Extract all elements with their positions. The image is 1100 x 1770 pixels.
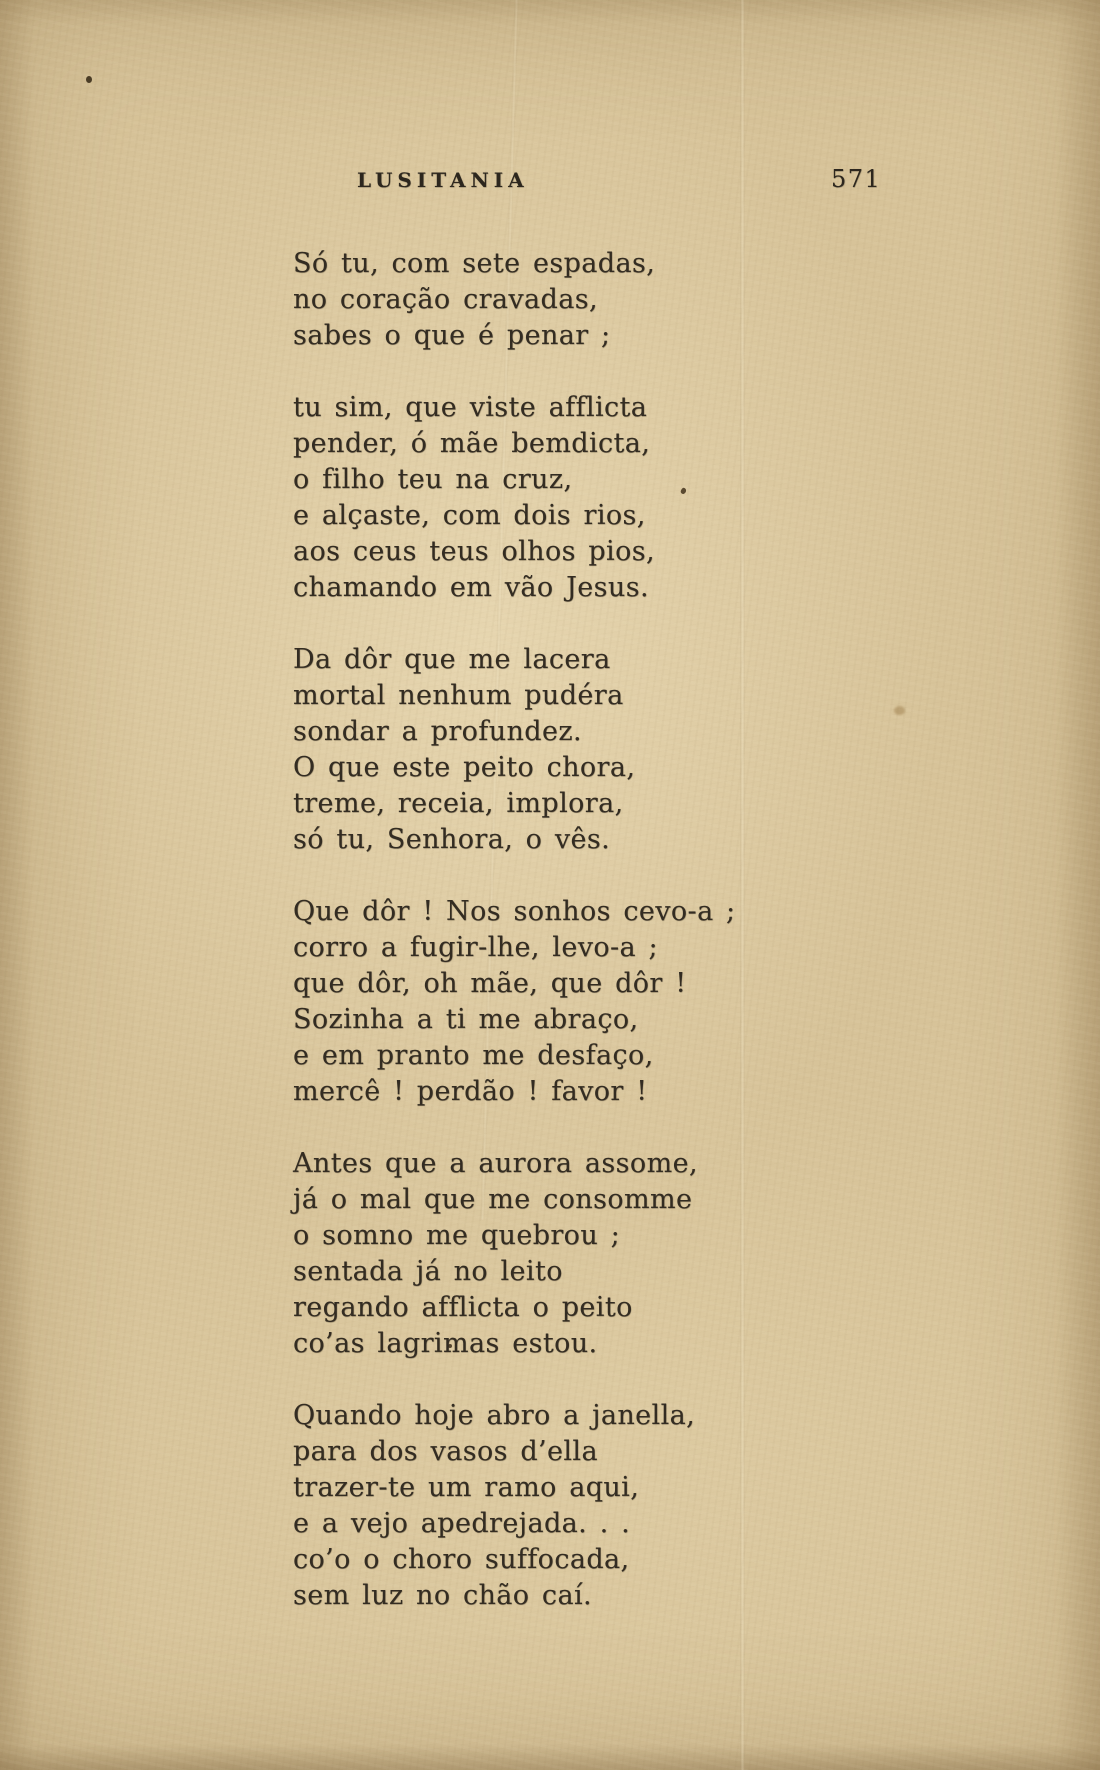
stanza-2: tu sim, que viste afflicta pender, ó mãe… xyxy=(293,390,813,606)
verse-line: mortal nenhum pudéra xyxy=(293,678,813,714)
verse-line: o somno me quebrou ; xyxy=(293,1218,813,1254)
verse-line: aos ceus teus olhos pios, xyxy=(293,534,813,570)
verse-line: Que dôr ! Nos sonhos cevo-a ; xyxy=(293,894,813,930)
verse-line: Da dôr que me lacera xyxy=(293,642,813,678)
verse-line: corro a fugir-lhe, levo-a ; xyxy=(293,930,813,966)
verse-line: e alçaste, com dois rios, xyxy=(293,498,813,534)
paper-speck xyxy=(86,76,92,83)
verse-line: Sozinha a ti me abraço, xyxy=(293,1002,813,1038)
verse-line: só tu, Senhora, o vês. xyxy=(293,822,813,858)
verse-line: chamando em vão Jesus. xyxy=(293,570,813,606)
verse-line: sentada já no leito xyxy=(293,1254,813,1290)
poem: Só tu, com sete espadas, no coração crav… xyxy=(293,246,813,1650)
stanza-6: Quando hoje abro a janella, para dos vas… xyxy=(293,1398,813,1614)
verse-line: para dos vasos d’ella xyxy=(293,1434,813,1470)
paper-stain xyxy=(894,706,905,715)
verse-line: o filho teu na cruz, xyxy=(293,462,813,498)
running-title: LUSITANIA xyxy=(357,168,529,192)
verse-line: e a vejo apedrejada. . . xyxy=(293,1506,813,1542)
stanza-5: Antes que a aurora assome, já o mal que … xyxy=(293,1146,813,1362)
verse-line: no coração cravadas, xyxy=(293,282,813,318)
verse-line: mercê ! perdão ! favor ! xyxy=(293,1074,813,1110)
verse-line: sem luz no chão caí. xyxy=(293,1578,813,1614)
verse-line: sondar a profundez. xyxy=(293,714,813,750)
book-page: LUSITANIA 571 Só tu, com sete espadas, n… xyxy=(0,0,1100,1770)
verse-line: Quando hoje abro a janella, xyxy=(293,1398,813,1434)
verse-line: co’as lagrimas estou. xyxy=(293,1326,813,1362)
verse-line: que dôr, oh mãe, que dôr ! xyxy=(293,966,813,1002)
verse-line: trazer-te um ramo aqui, xyxy=(293,1470,813,1506)
stanza-3: Da dôr que me lacera mortal nenhum pudér… xyxy=(293,642,813,858)
verse-line: Antes que a aurora assome, xyxy=(293,1146,813,1182)
page-number: 571 xyxy=(831,165,881,193)
verse-line: já o mal que me consomme xyxy=(293,1182,813,1218)
verse-line: sabes o que é penar ; xyxy=(293,318,813,354)
verse-line: Só tu, com sete espadas, xyxy=(293,246,813,282)
verse-line: pender, ó mãe bemdicta, xyxy=(293,426,813,462)
verse-line: O que este peito chora, xyxy=(293,750,813,786)
verse-line: regando afflicta o peito xyxy=(293,1290,813,1326)
verse-line: co’o o choro suffocada, xyxy=(293,1542,813,1578)
verse-line: treme, receia, implora, xyxy=(293,786,813,822)
stanza-1: Só tu, com sete espadas, no coração crav… xyxy=(293,246,813,354)
verse-line: e em pranto me desfaço, xyxy=(293,1038,813,1074)
stanza-4: Que dôr ! Nos sonhos cevo-a ; corro a fu… xyxy=(293,894,813,1110)
verse-line: tu sim, que viste afflicta xyxy=(293,390,813,426)
